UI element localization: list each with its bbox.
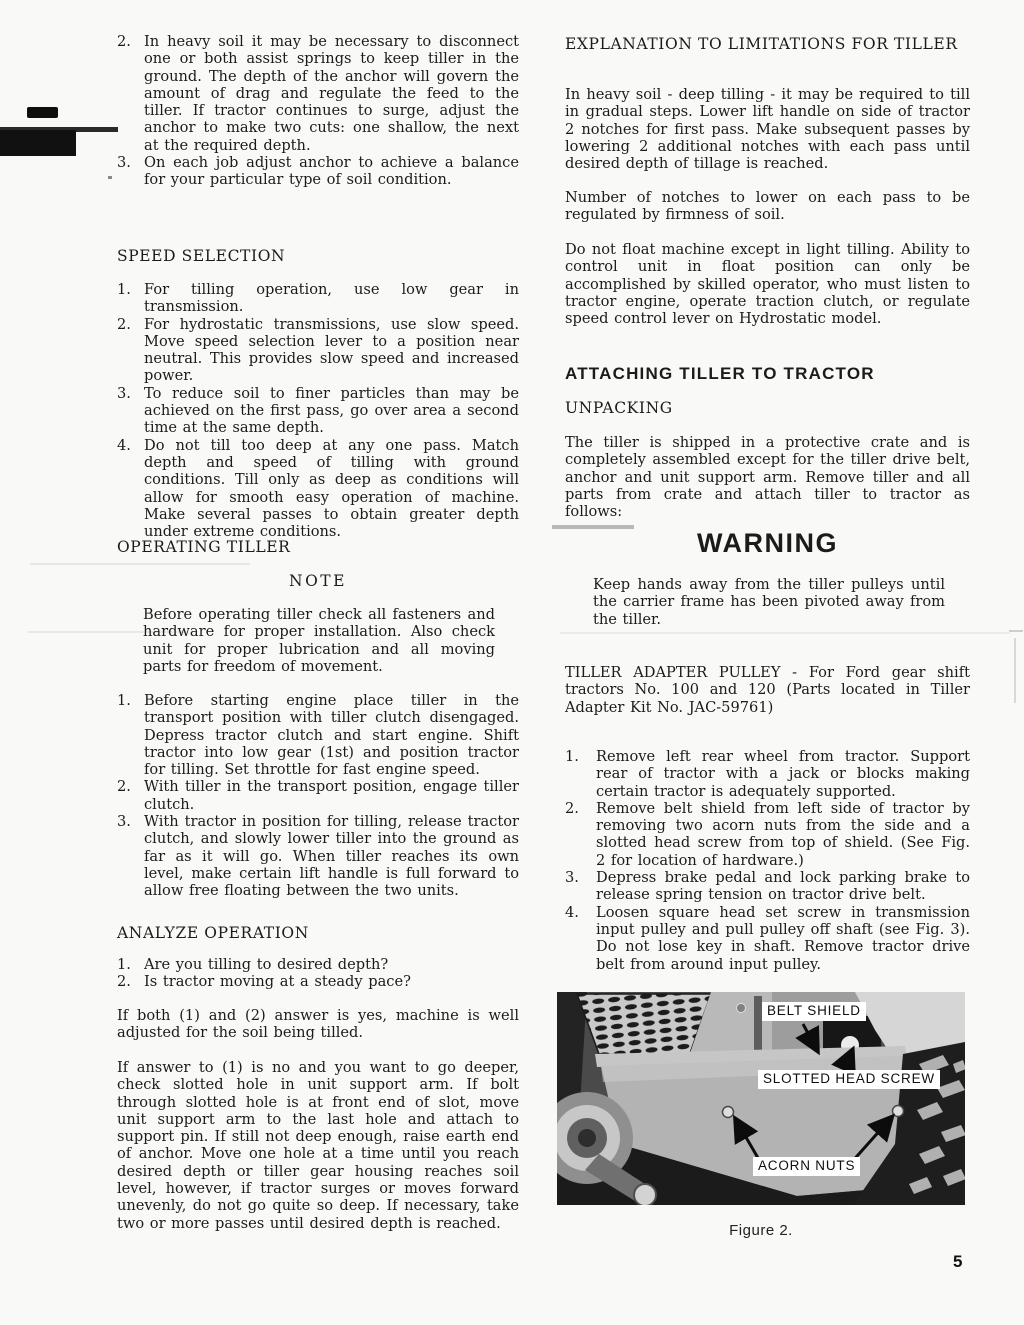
list-text: With tiller in the transport position, e… — [144, 778, 519, 813]
paragraph: Number of notches to lower on each pass … — [565, 189, 970, 224]
scan-artifact — [27, 107, 58, 118]
list-item: 1. Before starting engine place tiller i… — [117, 692, 519, 778]
list-number: 2. — [117, 973, 144, 990]
list-text: Remove belt shield from left side of tra… — [596, 800, 970, 869]
photo-label-acorn-nuts: ACORN NUTS — [753, 1157, 860, 1176]
list-item: 1. Remove left rear wheel from tractor. … — [565, 748, 970, 800]
operating-tiller-list: 1. Before starting engine place tiller i… — [117, 692, 519, 900]
section-heading-speed-selection: SPEED SELECTION — [117, 247, 519, 265]
list-text: To reduce soil to finer particles than m… — [144, 385, 519, 437]
section-heading-explanation: EXPLANATION TO LIMITATIONS FOR TILLER — [565, 35, 970, 53]
list-item: 2. With tiller in the transport position… — [117, 778, 519, 813]
list-number: 2. — [565, 800, 596, 817]
warning-heading: WARNING — [565, 528, 970, 559]
photo-label-belt-shield: BELT SHIELD — [762, 1002, 866, 1021]
list-text: Depress brake pedal and lock parking bra… — [596, 869, 970, 904]
list-item: 3. Depress brake pedal and lock parking … — [565, 869, 970, 904]
list-item: 4. Loosen square head set screw in trans… — [565, 904, 970, 973]
paragraph: The tiller is shipped in a protective cr… — [565, 434, 970, 520]
list-item: 2. In heavy soil it may be necessary to … — [117, 33, 519, 154]
list-number: 1. — [117, 692, 144, 709]
attaching-steps-list: 1. Remove left rear wheel from tractor. … — [565, 748, 970, 973]
list-number: 3. — [565, 869, 596, 886]
list-item: 3. On each job adjust anchor to achieve … — [117, 154, 519, 189]
list-text: For tilling operation, use low gear in t… — [144, 281, 519, 316]
anchor-adjustment-list: 2. In heavy soil it may be necessary to … — [117, 33, 519, 189]
list-number: 3. — [117, 385, 144, 402]
section-heading-attaching-tiller: ATTACHING TILLER TO TRACTOR — [565, 364, 970, 384]
list-number: 2. — [117, 33, 144, 50]
analyze-operation-list: 1. Are you tilling to desired depth? 2. … — [117, 956, 519, 991]
list-text: For hydrostatic transmissions, use slow … — [144, 316, 519, 385]
list-text: Before starting engine place tiller in t… — [144, 692, 519, 778]
figure-caption: Figure 2. — [557, 1222, 965, 1239]
list-text: With tractor in position for tilling, re… — [144, 813, 519, 899]
list-number: 3. — [117, 813, 144, 830]
list-number: 3. — [117, 154, 144, 171]
paragraph: Do not float machine except in light til… — [565, 241, 970, 327]
paragraph: If both (1) and (2) answer is yes, machi… — [117, 1007, 519, 1042]
list-number: 2. — [117, 316, 144, 333]
paragraph: If answer to (1) is no and you want to g… — [117, 1059, 519, 1232]
list-item: 2. Remove belt shield from left side of … — [565, 800, 970, 869]
list-text: Are you tilling to desired depth? — [144, 956, 519, 973]
scan-artifact — [108, 176, 112, 179]
list-text: Remove left rear wheel from tractor. Sup… — [596, 748, 970, 800]
section-heading-operating-tiller: OPERATING TILLER — [117, 538, 519, 556]
list-number: 2. — [117, 778, 144, 795]
list-number: 1. — [565, 748, 596, 765]
speed-selection-list: 1. For tilling operation, use low gear i… — [117, 281, 519, 540]
scan-artifact — [1014, 638, 1016, 703]
scan-artifact — [0, 130, 76, 156]
scan-artifact — [1009, 630, 1023, 632]
list-number: 1. — [117, 956, 144, 973]
list-item: 1. For tilling operation, use low gear i… — [117, 281, 519, 316]
list-item: 2. For hydrostatic transmissions, use sl… — [117, 316, 519, 385]
list-item: 4. Do not till too deep at any one pass.… — [117, 437, 519, 541]
scan-artifact — [560, 632, 1010, 634]
list-item: 3. With tractor in position for tilling,… — [117, 813, 519, 899]
warning-paragraph: Keep hands away from the tiller pulleys … — [593, 576, 945, 628]
scan-artifact — [30, 563, 250, 565]
photo-label-slotted-head-screw: SLOTTED HEAD SCREW — [758, 1070, 940, 1089]
list-item: 1. Are you tilling to desired depth? — [117, 956, 519, 973]
manual-page: 2. In heavy soil it may be necessary to … — [0, 0, 1024, 1325]
list-text: On each job adjust anchor to achieve a b… — [144, 154, 519, 189]
list-text: Loosen square head set screw in transmis… — [596, 904, 970, 973]
list-item: 3. To reduce soil to finer particles tha… — [117, 385, 519, 437]
list-item: 2. Is tractor moving at a steady pace? — [117, 973, 519, 990]
section-heading-unpacking: UNPACKING — [565, 399, 970, 417]
note-paragraph: Before operating tiller check all fasten… — [143, 606, 495, 675]
paragraph: TILLER ADAPTER PULLEY - For Ford gear sh… — [565, 664, 970, 716]
list-number: 4. — [117, 437, 144, 454]
section-heading-analyze-operation: ANALYZE OPERATION — [117, 924, 519, 942]
list-text: Do not till too deep at any one pass. Ma… — [144, 437, 519, 541]
list-text: In heavy soil it may be necessary to dis… — [144, 33, 519, 154]
note-heading: NOTE — [117, 572, 519, 590]
page-number: 5 — [953, 1252, 962, 1272]
list-number: 1. — [117, 281, 144, 298]
list-text: Is tractor moving at a steady pace? — [144, 973, 519, 990]
paragraph: In heavy soil - deep tilling - it may be… — [565, 86, 970, 172]
figure-2-photo: BELT SHIELD SLOTTED HEAD SCREW ACORN NUT… — [557, 992, 965, 1205]
list-number: 4. — [565, 904, 596, 921]
